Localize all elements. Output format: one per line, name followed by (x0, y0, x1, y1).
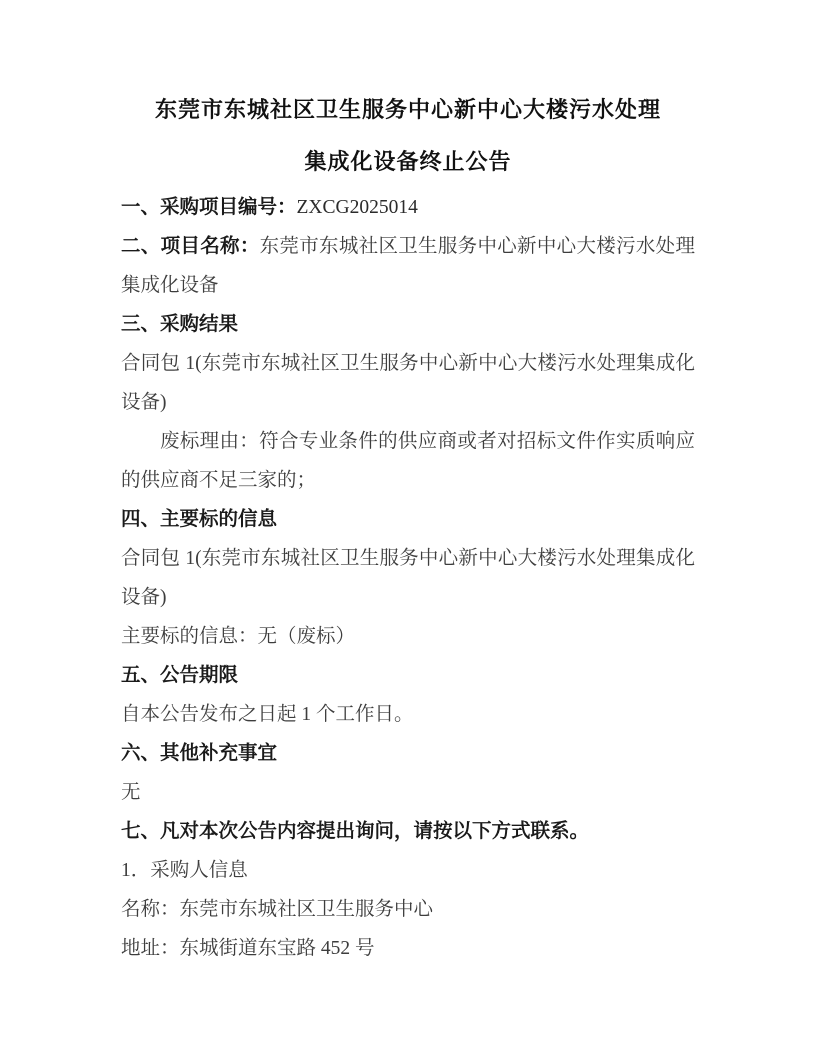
purchase-project-number-label: 一、采购项目编号： (121, 197, 297, 218)
section-heading-procurement-result: 三、采购结果 (121, 305, 695, 344)
title-line-1: 东莞市东城社区卫生服务中心新中心大楼污水处理 (121, 84, 695, 136)
section-heading-contact-info: 七、凡对本次公告内容提出询问，请按以下方式联系。 (121, 812, 695, 851)
purchaser-name: 名称：东莞市东城社区卫生服务中心 (121, 890, 695, 929)
section-heading-other-matters: 六、其他补充事宜 (121, 734, 695, 773)
project-name-line: 二、项目名称：东莞市东城社区卫生服务中心新中心大楼污水处理集成化设备 (121, 227, 695, 305)
purchase-project-number-value: ZXCG2025014 (297, 197, 418, 218)
purchaser-address: 地址：东城街道东宝路 452 号 (121, 929, 695, 968)
contract-package-line-2: 合同包 1(东莞市东城社区卫生服务中心新中心大楼污水处理集成化设备) (121, 539, 695, 617)
purchaser-info-subheading: 1．采购人信息 (121, 851, 695, 890)
announcement-period-value: 自本公告发布之日起 1 个工作日。 (121, 695, 695, 734)
document-page: 东莞市东城社区卫生服务中心新中心大楼污水处理 集成化设备终止公告 一、采购项目编… (0, 0, 816, 1056)
other-matters-value: 无 (121, 773, 695, 812)
project-name-label: 二、项目名称： (121, 236, 260, 257)
purchase-project-number-line: 一、采购项目编号：ZXCG2025014 (121, 188, 695, 227)
section-heading-main-subject-info: 四、主要标的信息 (121, 500, 695, 539)
main-subject-info-value: 主要标的信息：无（废标） (121, 617, 695, 656)
bid-failure-reason: 废标理由：符合专业条件的供应商或者对招标文件作实质响应的供应商不足三家的； (121, 422, 695, 500)
section-heading-announcement-period: 五、公告期限 (121, 656, 695, 695)
document-title: 东莞市东城社区卫生服务中心新中心大楼污水处理 集成化设备终止公告 (121, 84, 695, 188)
contract-package-line-1: 合同包 1(东莞市东城社区卫生服务中心新中心大楼污水处理集成化设备) (121, 344, 695, 422)
title-line-2: 集成化设备终止公告 (121, 136, 695, 188)
